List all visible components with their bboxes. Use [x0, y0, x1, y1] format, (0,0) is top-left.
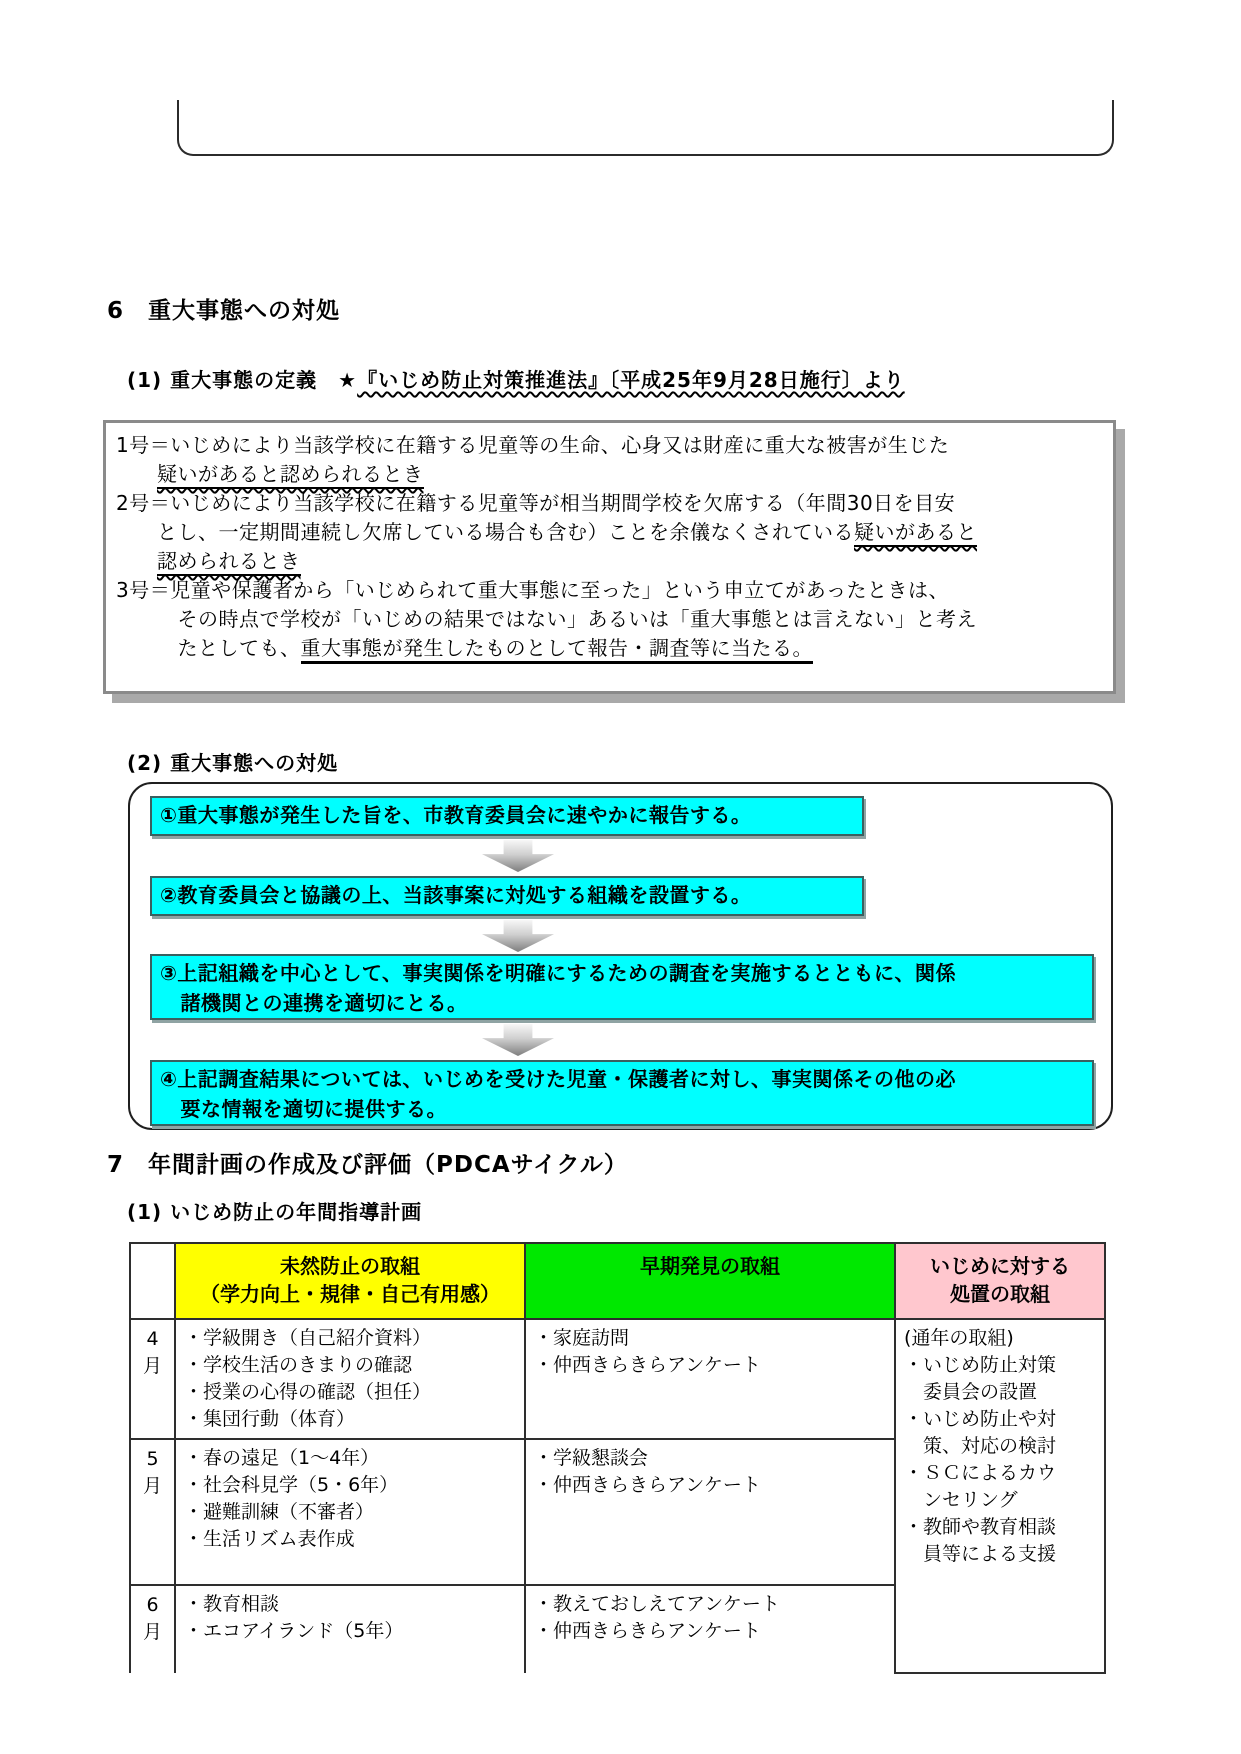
document-page: 6 重大事態への対処 (1) 重大事態の定義 ★『いじめ防止対策推進法』〔平成2… [0, 0, 1241, 1754]
table-header-month [130, 1243, 175, 1319]
section6-heading: 6 重大事態への対処 [107, 292, 340, 325]
flow-step-2: ②教育委員会と協議の上、当該事案に対処する組織を設置する。 [150, 876, 864, 916]
flow-step-4: ④上記調査結果については、いじめを受けた児童・保護者に対し、事実関係その他の必 … [150, 1060, 1094, 1126]
early-cell-may: ・学級懇談会・仲西きらきらアンケート [525, 1439, 895, 1585]
early-cell-april: ・家庭訪問・仲西きらきらアンケート [525, 1319, 895, 1439]
flow-step-3: ③上記組織を中心として、事実関係を明確にするための調査を実施するとともに、関係 … [150, 954, 1094, 1020]
serious-case-definition-box: 1号＝いじめにより当該学校に在籍する児童等の生命、心身又は財産に重大な被害が生じ… [103, 420, 1116, 694]
star-icon: ★ [338, 368, 357, 392]
response-heading: (2) 重大事態への対処 [127, 747, 338, 776]
annual-schedule-table: 未然防止の取組（学力向上・規律・自己有用感） 早期発見の取組 いじめに対する処置… [129, 1242, 1106, 1674]
previous-section-box-cutoff [177, 100, 1114, 156]
table-header-prevention: 未然防止の取組（学力向上・規律・自己有用感） [175, 1243, 525, 1319]
spacer [317, 368, 338, 392]
month-cell-june: 6月 [130, 1585, 175, 1673]
definition-heading: (1) 重大事態の定義 ★『いじめ防止対策推進法』〔平成25年9月28日施行〕よ… [127, 364, 905, 393]
table-header-early-detection: 早期発見の取組 [525, 1243, 895, 1319]
table-header-response: いじめに対する処置の取組 [895, 1243, 1105, 1319]
month-cell-april: 4月 [130, 1319, 175, 1439]
section7-heading: 7 年間計画の作成及び評価（PDCAサイクル） [107, 1146, 628, 1179]
table-row-april: 4月 ・学級開き（自己紹介資料）・学校生活のきまりの確認・授業の心得の確認（担任… [130, 1319, 1105, 1439]
response-cell-yearround: (通年の取組)・いじめ防止対策 委員会の設置・いじめ防止や対 策、対応の検討・Ｓ… [895, 1319, 1105, 1673]
down-arrow-icon [482, 840, 554, 872]
down-arrow-icon [482, 920, 554, 952]
prevention-cell-june: ・教育相談・エコアイランド（5年） [175, 1585, 525, 1673]
annual-plan-subheading: (1) いじめ防止の年間指導計画 [127, 1196, 422, 1225]
down-arrow-icon [482, 1024, 554, 1056]
response-flowchart: ①重大事態が発生した旨を、市教育委員会に速やかに報告する。 ②教育委員会と協議の… [128, 782, 1113, 1130]
flow-step-1: ①重大事態が発生した旨を、市教育委員会に速やかに報告する。 [150, 796, 864, 836]
prevention-cell-may: ・春の遠足（1～4年）・社会科見学（5・6年）・避難訓練（不審者）・生活リズム表… [175, 1439, 525, 1585]
law-reference: 『いじめ防止対策推進法』〔平成25年9月28日施行〕より [357, 368, 905, 392]
definition-label: (1) 重大事態の定義 [127, 368, 317, 392]
month-cell-may: 5月 [130, 1439, 175, 1585]
early-cell-june: ・教えておしえてアンケート・仲西きらきらアンケート [525, 1585, 895, 1673]
prevention-cell-april: ・学級開き（自己紹介資料）・学校生活のきまりの確認・授業の心得の確認（担任）・集… [175, 1319, 525, 1439]
